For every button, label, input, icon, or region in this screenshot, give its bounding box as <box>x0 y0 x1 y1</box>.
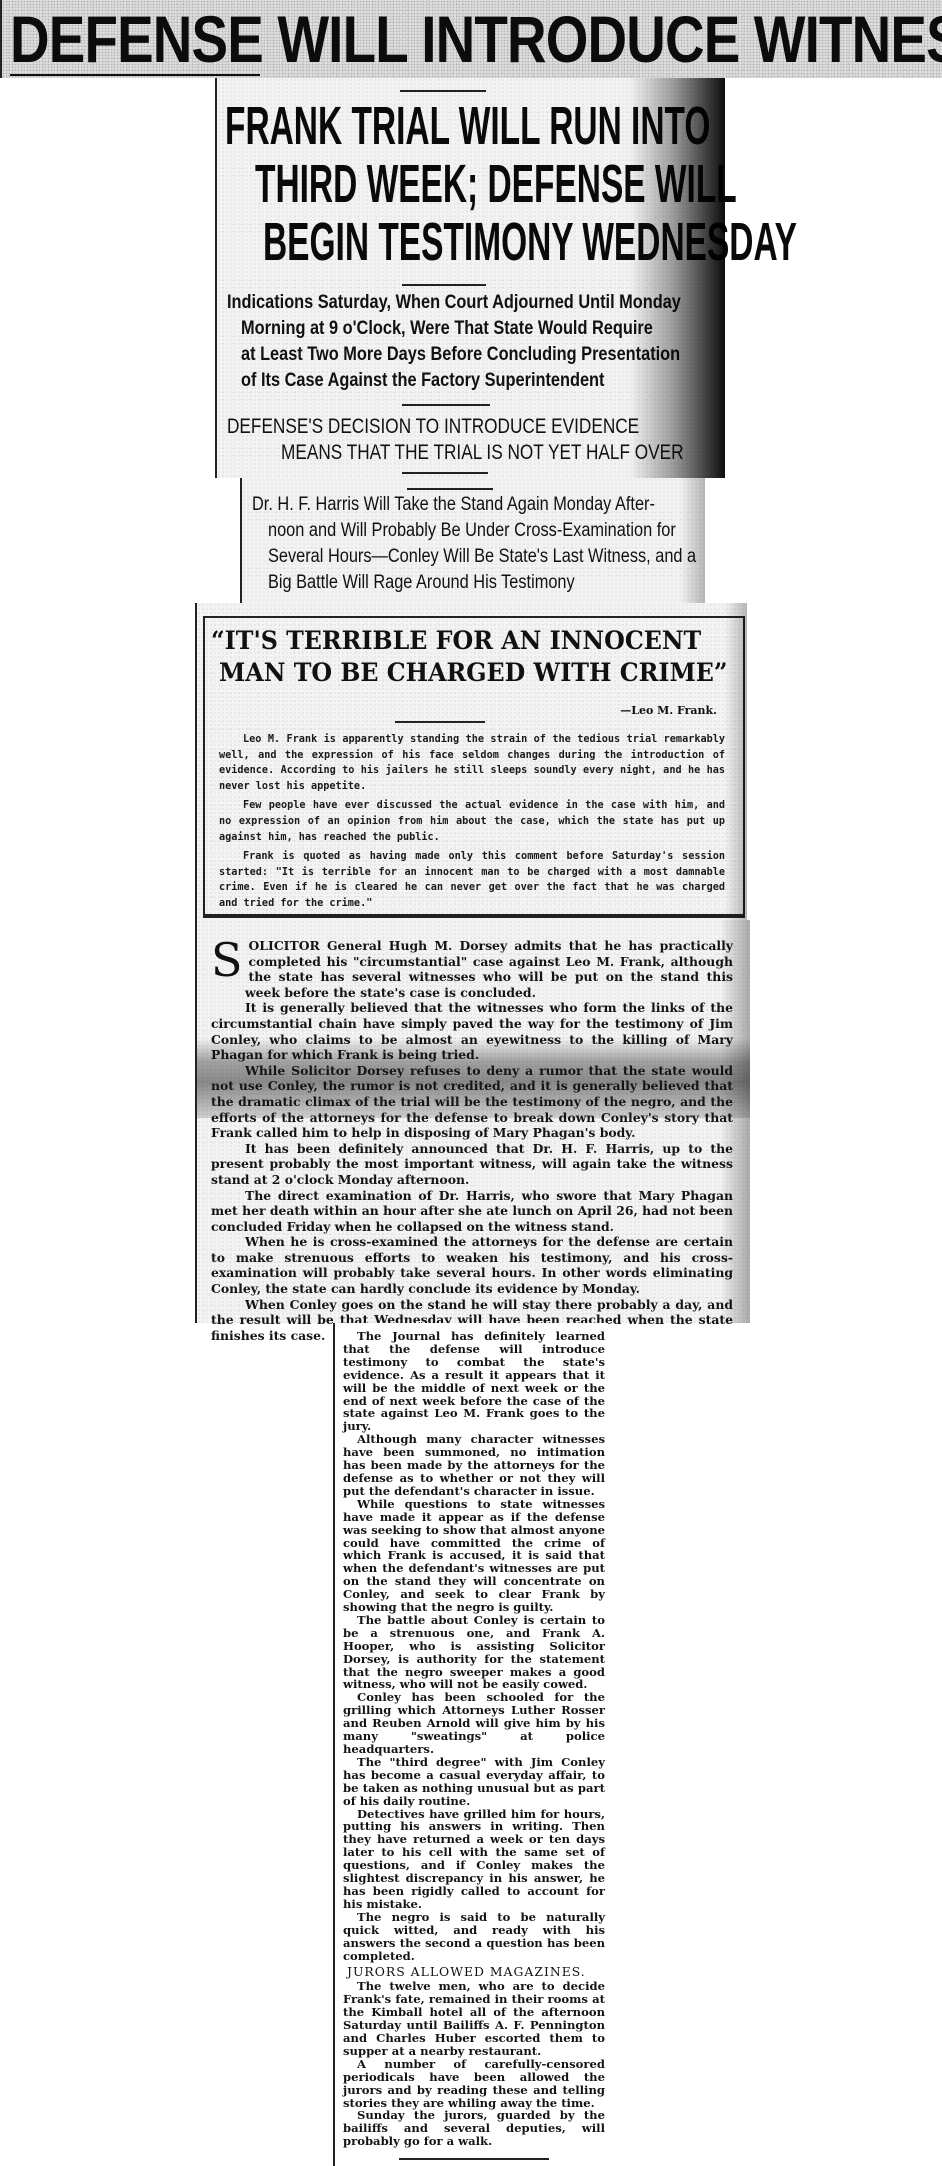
scan-shadow <box>680 478 705 603</box>
subdeck-line-4: of Its Case Against the Factory Superint… <box>241 368 604 394</box>
quote-attribution: —Leo M. Frank. <box>620 704 717 717</box>
column-paragraph: Sunday the jurors, guarded by the bailif… <box>343 2109 605 2148</box>
story-paragraph: It has been definitely announced that Dr… <box>211 1141 733 1188</box>
divider-rule <box>395 721 485 723</box>
subdeck-line-1: Indications Saturday, When Court Adjourn… <box>227 290 681 316</box>
quote-paragraph-3: Frank is quoted as having made only this… <box>219 849 725 911</box>
column-paragraph: The twelve men, who are to decide Frank'… <box>343 1980 605 2057</box>
column-paragraph: While questions to state witnesses have … <box>343 1498 605 1614</box>
divider-rule <box>402 284 486 286</box>
secondary-deck-block: Dr. H. F. Harris Will Take the Stand Aga… <box>240 478 705 603</box>
quote-headline-line-1: “IT'S TERRIBLE FOR AN INNOCENT <box>211 626 701 656</box>
solicitor-story-section: SOLICITOR General Hugh M. Dorsey admits … <box>195 920 750 1323</box>
quote-paragraph-2: Few people have ever discussed the actua… <box>219 798 725 845</box>
banner-underline-rule <box>10 74 260 76</box>
secondary-deck-line-4: Big Battle Will Rage Around His Testimon… <box>268 570 575 596</box>
end-of-story-rule <box>399 2158 549 2160</box>
subdeck-line-3: at Least Two More Days Before Concluding… <box>241 342 680 368</box>
quote-paragraph-1: Leo M. Frank is apparently standing the … <box>219 732 725 794</box>
subdeck-line-2: Morning at 9 o'Clock, Were That State Wo… <box>241 316 653 342</box>
banner-headline: DEFENSE WILL INTRODUCE WITNESSES <box>10 3 779 75</box>
top-divider-rule <box>400 90 486 92</box>
column-paragraph: The Journal has definitely learned that … <box>343 1330 605 1433</box>
column-body: The Journal has definitely learned that … <box>343 1330 605 2160</box>
column-paragraph: The negro is said to be naturally quick … <box>343 1911 605 1963</box>
column-paragraph: Although many character witnesses have b… <box>343 1433 605 1498</box>
secondary-deck-line-1: Dr. H. F. Harris Will Take the Stand Aga… <box>252 492 655 518</box>
boxed-quote-section: “IT'S TERRIBLE FOR AN INNOCENT MAN TO BE… <box>195 603 747 920</box>
primary-deck-headline-block: FRANK TRIAL WILL RUN INTO THIRD WEEK; DE… <box>215 78 725 478</box>
story-paragraph: It is generally believed that the witnes… <box>211 1000 733 1062</box>
caps-deck-line-1: DEFENSE'S DECISION TO INTRODUCE EVIDENCE <box>227 414 639 440</box>
column-paragraph: A number of carefully-censored periodica… <box>343 2058 605 2110</box>
quote-box-frame: “IT'S TERRIBLE FOR AN INNOCENT MAN TO BE… <box>203 616 745 916</box>
divider-rule <box>402 472 488 474</box>
story-paragraph: The direct examination of Dr. Harris, wh… <box>211 1188 733 1235</box>
quote-headline-line-2: MAN TO BE CHARGED WITH CRIME” <box>219 658 728 688</box>
column-paragraph: Detectives have grilled him for hours, p… <box>343 1808 605 1911</box>
caps-deck-line-2: MEANS THAT THE TRIAL IS NOT YET HALF OVE… <box>281 440 684 466</box>
column-paragraph: The "third degree" with Jim Conley has b… <box>343 1756 605 1808</box>
scan-shadow <box>725 603 747 920</box>
scan-shadow <box>720 920 750 1323</box>
lead-caps: OLICITOR <box>249 938 320 953</box>
narrow-column-section: The Journal has definitely learned that … <box>333 1323 608 2166</box>
secondary-deck-line-2: noon and Will Probably Be Under Cross-Ex… <box>268 518 676 544</box>
column-paragraph: Conley has been schooled for the grillin… <box>343 1691 605 1756</box>
story-lead-paragraph: SOLICITOR General Hugh M. Dorsey admits … <box>211 938 733 1000</box>
scan-shadow <box>630 78 725 478</box>
secondary-deck-line-3: Several Hours—Conley Will Be State's Las… <box>268 544 696 570</box>
top-divider-rule <box>407 488 493 490</box>
column-subhead: JURORS ALLOWED MAGAZINES. <box>343 1964 605 1979</box>
drop-cap: S <box>211 940 243 980</box>
banner-headline-section: DEFENSE WILL INTRODUCE WITNESSES <box>0 0 942 78</box>
story-paragraph: When he is cross-examined the attorneys … <box>211 1234 733 1296</box>
story-paragraph: While Solicitor Dorsey refuses to deny a… <box>211 1063 733 1141</box>
divider-rule <box>402 404 490 406</box>
quote-body: Leo M. Frank is apparently standing the … <box>219 732 725 912</box>
story-body: SOLICITOR General Hugh M. Dorsey admits … <box>211 938 733 1343</box>
column-paragraph: The battle about Conley is certain to be… <box>343 1614 605 1691</box>
